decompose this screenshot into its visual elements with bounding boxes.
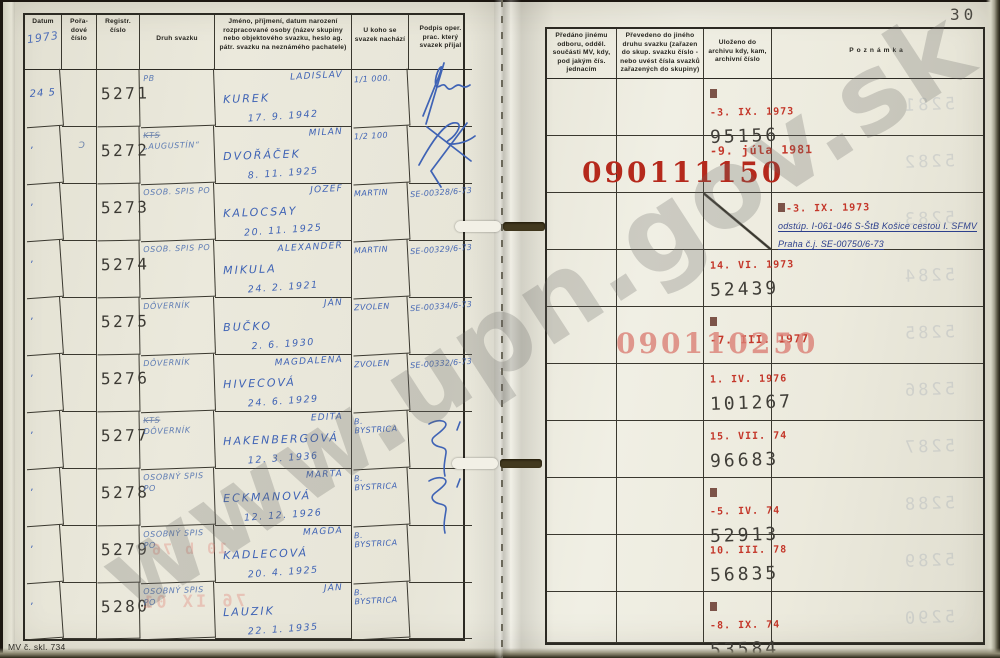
druh-svazku-cell: OSOB. SPIS PO: [139, 240, 216, 300]
archive-date-stamp: 10. III. 78: [710, 540, 771, 558]
name-cell: JOZEFKALOCSAY20. 11. 1925: [215, 184, 352, 241]
name-cell: MAGDALENAHIVECOVÁ24. 6. 1929: [215, 355, 352, 412]
stamp-smudge: [778, 203, 785, 212]
poradove-cell: [62, 412, 97, 469]
name-cell: MAGDAKADLECOVÁ20. 4. 1925: [215, 526, 352, 583]
thread-knot: [452, 458, 498, 469]
archive-number: 96683: [710, 449, 772, 472]
datum-cell: ’: [23, 240, 64, 299]
bleedthrough-number: 5286: [902, 379, 956, 401]
podpis-cell: SE-00332/6-73: [409, 355, 472, 412]
right-ledger-table: Předáno jinému odboru, odděl. součásti M…: [545, 27, 985, 645]
prevedeno-cell: [617, 193, 704, 250]
archive-date-stamp: 15. VII. 74: [710, 426, 771, 444]
bleedthrough-number: 5290: [902, 607, 956, 629]
predano-cell: [547, 307, 617, 364]
druh-svazku-cell: OSOB. SPIS PO: [139, 183, 216, 243]
header-datum-label: Datum: [32, 18, 54, 25]
archiv-cell: -3. IX. 197395156: [704, 79, 772, 136]
archive-date-stamp: -8. IX. 74: [710, 597, 771, 633]
prevedeno-cell: [617, 535, 704, 592]
poznamka-cell: 5281: [772, 79, 983, 136]
predano-cell: [547, 79, 617, 136]
binding-stitch-hole: [452, 456, 544, 471]
podpis-cell: SE-00329/6-73: [409, 241, 472, 298]
registr-number-cell: 5278: [97, 469, 141, 527]
poznamka-cell: -3. IX. 1973odstúp. I-061-046 S-ŠtB Koši…: [772, 193, 983, 250]
prevedeno-cell: [617, 478, 704, 535]
prevedeno-cell: [617, 250, 704, 307]
stamp-smudge: [710, 89, 717, 98]
datum-cell: ’: [23, 126, 64, 185]
u-koho-cell: MARTIN: [351, 240, 411, 300]
druh-svazku-cell: KTSDÔVERNÍK: [139, 411, 216, 471]
bleedthrough-number: 5289: [902, 550, 956, 572]
archiv-cell: -7. III. 1977090110250: [704, 307, 772, 364]
archive-date-stamp: -3. IX. 1973: [710, 84, 771, 120]
registr-number-cell: 5276: [97, 355, 141, 413]
archiv-cell: 15. VII. 7496683: [704, 421, 772, 478]
stitch-hole: [500, 459, 542, 468]
archiv-cell: 1. IV. 1976101267: [704, 364, 772, 421]
poradove-cell: [62, 298, 97, 355]
podpis-cell: SE-00334/6-73: [409, 298, 472, 355]
header-poradove: Pořa­dové číslo: [62, 15, 97, 70]
bleedthrough-red-stamp: 10 b 76: [150, 539, 228, 558]
datum-cell: 24 5: [23, 69, 64, 128]
header-poznamka: Poznámka: [772, 29, 983, 79]
archive-date-stamp: 14. VI. 1973: [710, 255, 771, 273]
datum-cell: ’: [23, 525, 64, 584]
archive-number-stamp: 090111150: [582, 156, 784, 189]
u-koho-cell: ZVOLEN: [351, 354, 411, 414]
druh-svazku-cell: DÔVERNÍK: [139, 297, 216, 357]
name-cell: ALEXANDERMIKULA24. 2. 1921: [215, 241, 352, 298]
registr-number-cell: 5275: [97, 298, 141, 356]
archive-number: 101267: [710, 392, 772, 415]
poradove-cell: [62, 355, 97, 412]
podpis-cell: [409, 583, 472, 639]
predano-cell: [547, 535, 617, 592]
poradove-cell: [62, 526, 97, 583]
binding-thread: [501, 0, 503, 658]
u-koho-cell: B. BYSTRICA: [351, 582, 411, 641]
page-number: 30: [950, 5, 977, 24]
bleedthrough-number: 5284: [902, 265, 956, 287]
registr-number-cell: 5272: [97, 127, 141, 185]
archiv-cell: -9. júla 1981090111150: [704, 136, 772, 193]
predano-cell: [547, 193, 617, 250]
druh-svazku-cell: DÔVERNÍK: [139, 354, 216, 414]
predano-cell: [547, 421, 617, 478]
poradove-cell: Ɔ: [62, 127, 97, 184]
poznamka-cell: 5289: [772, 535, 983, 592]
archive-date-stamp-text: -8. IX. 74: [710, 619, 780, 631]
spis-number: SE-00332/6-73: [409, 353, 473, 370]
datum-cell: ’: [23, 297, 64, 356]
poznamka-cell: 5287: [772, 421, 983, 478]
bleedthrough-number: 5281: [902, 94, 956, 116]
archive-number-stamp: 090110250: [616, 327, 818, 360]
left-ledger-table: Datum 1973 Pořa­dové číslo Registr. čísl…: [23, 13, 465, 641]
poznamka-cell: 5290: [772, 592, 983, 643]
registr-number-cell: 5274: [97, 241, 141, 299]
u-koho-cell: B. BYSTRICA: [351, 411, 411, 471]
thread-knot: [455, 221, 501, 232]
podpis-cell: [409, 526, 472, 583]
u-koho-cell: B. BYSTRICA: [351, 468, 411, 528]
predano-cell: [547, 592, 617, 643]
predano-cell: [547, 478, 617, 535]
druh-svazku-cell: OSOBNÝ SPIS PO: [139, 468, 216, 528]
u-koho-cell: ZVOLEN: [351, 297, 411, 357]
podpis-cell: [409, 127, 472, 184]
bleedthrough-number: 5282: [902, 151, 956, 173]
name-cell: LADISLAVKUREK17. 9. 1942: [215, 70, 352, 127]
poradove-cell: [62, 184, 97, 241]
name-cell: MARTAECKMANOVÁ12. 12. 1926: [215, 469, 352, 526]
binding-shading: [468, 0, 554, 658]
bleedthrough-number: 5285: [902, 322, 956, 344]
predano-cell: [547, 250, 617, 307]
name-cell: JÁNBUČKO2. 6. 1930: [215, 298, 352, 355]
stitch-hole: [503, 222, 545, 231]
archive-date-stamp-text: -5. IV. 74: [710, 505, 780, 517]
registr-number-cell: 5280: [97, 583, 141, 640]
archiv-cell: 14. VI. 197352439: [704, 250, 772, 307]
header-predano: Předáno jinému odboru, odděl. součásti M…: [547, 29, 617, 79]
datum-cell: ’: [23, 183, 64, 242]
datum-cell: ’: [23, 468, 64, 527]
u-koho-cell: B. BYSTRICA: [351, 525, 411, 585]
poradove-cell: [62, 70, 97, 127]
header-datum: Datum 1973: [25, 15, 62, 70]
prevedeno-cell: [617, 421, 704, 478]
datum-cell: ’: [23, 354, 64, 413]
header-druh-svazku: Druh svazku: [140, 15, 215, 70]
right-page-stack-edge: [986, 0, 1000, 658]
form-number-footer: MV č. skl. 734: [8, 642, 66, 652]
archiv-cell: -8. IX. 7453584: [704, 592, 772, 643]
poznamka-cell: 5288: [772, 478, 983, 535]
scanned-ledger-photo: Datum 1973 Pořa­dové číslo Registr. čísl…: [0, 0, 1000, 658]
name-cell: EDITAHAKENBERGOVÁ12. 3. 1936: [215, 412, 352, 469]
registr-number-cell: 5271: [97, 70, 141, 128]
spis-number: SE-00329/6-73: [409, 239, 473, 256]
podpis-cell: [409, 469, 472, 526]
header-ulozeno: Uloženo do archivu kdy, kam, archivní čí…: [704, 29, 772, 79]
datum-cell: ’: [23, 582, 64, 640]
stamp-smudge: [710, 317, 717, 326]
archive-date-stamp: -5. IV. 74: [710, 483, 771, 519]
archiv-cell: 10. III. 7856835: [704, 535, 772, 592]
archiv-cell: -5. IV. 7452913: [704, 478, 772, 535]
bleedthrough-number: 5283: [902, 208, 956, 230]
left-page-edge: [3, 2, 15, 653]
druh-svazku-cell: KTS„AUGUSTÍN“: [139, 126, 216, 186]
bleedthrough-number: 5288: [902, 493, 956, 515]
u-koho-cell: 1/1 000.: [351, 69, 411, 129]
registr-number-cell: 5279: [97, 526, 141, 584]
u-koho-cell: MARTIN: [351, 183, 411, 243]
spis-number: SE-00328/6-73: [409, 182, 473, 199]
prevedeno-cell: [617, 364, 704, 421]
header-registr: Registr. číslo: [97, 15, 140, 70]
registr-number-cell: 5273: [97, 184, 141, 242]
u-koho-cell: 1/2 100: [351, 126, 411, 186]
spis-number: SE-00334/6-73: [409, 296, 473, 313]
header-u-koho: U koho se svazek nachází: [352, 15, 409, 70]
stamp-smudge: [710, 602, 717, 611]
poznamka-cell: 5286: [772, 364, 983, 421]
name-cell: MILANDVOŘÁČEK8. 11. 1925: [215, 127, 352, 184]
archiv-cell: [704, 193, 772, 250]
druh-svazku-cell: PB: [139, 69, 216, 129]
note-date-stamp-text: -3. IX. 1973: [786, 202, 870, 214]
poznamka-cell: 5284: [772, 250, 983, 307]
binding-stitch-hole: [455, 219, 547, 234]
registr-number-cell: 5277: [97, 412, 141, 470]
predano-cell: [547, 364, 617, 421]
header-prevedeno: Převedeno do jiného druhu svazku (zařaze…: [617, 29, 704, 79]
prevedeno-cell: [617, 79, 704, 136]
poznamka-cell: 5282: [772, 136, 983, 193]
datum-cell: ’: [23, 411, 64, 470]
poradove-cell: [62, 469, 97, 526]
bleedthrough-number: 5287: [902, 436, 956, 458]
header-jmeno: Jméno, příjmení, datum narození rozpraco…: [215, 15, 352, 70]
archive-date-stamp: 1. IV. 1976: [710, 369, 771, 387]
archive-number: 56835: [710, 563, 772, 586]
stamp-smudge: [710, 488, 717, 497]
prevedeno-cell: [617, 592, 704, 643]
bleedthrough-red-stamp: 76 IX 01: [140, 591, 246, 613]
year-note: 1973: [27, 31, 59, 45]
poradove-cell: [62, 241, 97, 298]
poradove-cell: [62, 583, 97, 639]
archive-number: 52439: [710, 278, 772, 301]
